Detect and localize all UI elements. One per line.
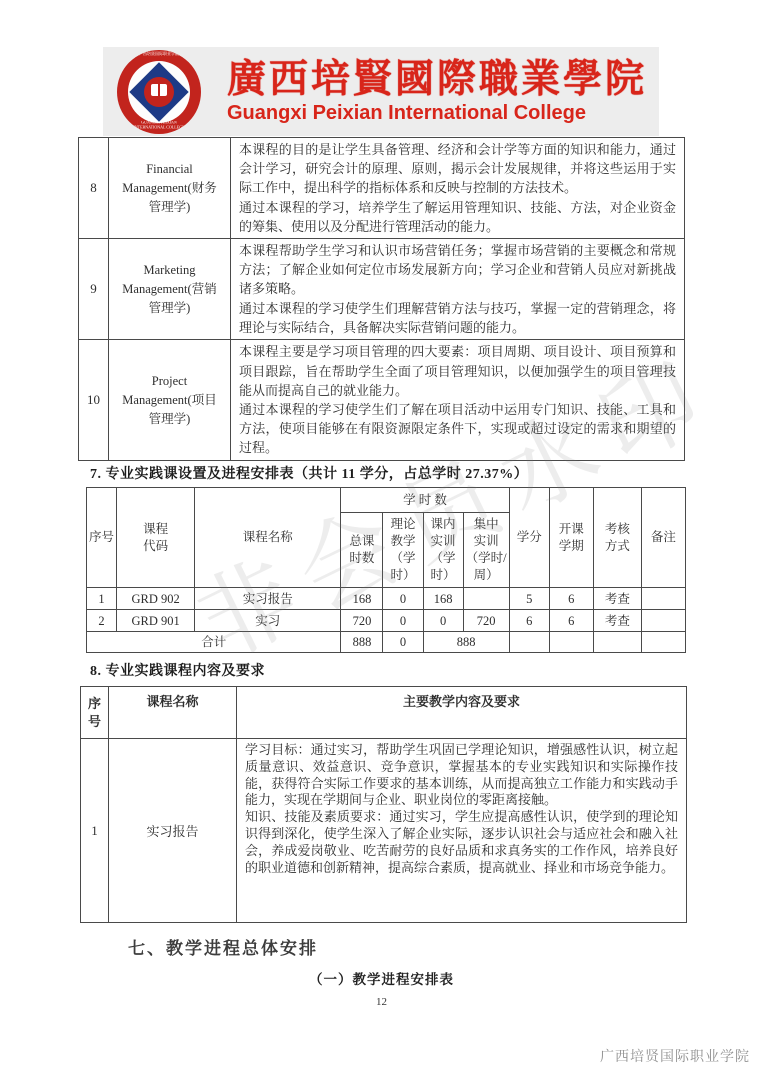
total-assessment — [593, 632, 641, 653]
row-total: 720 — [341, 610, 383, 632]
row-name: 实习报告 — [195, 588, 341, 610]
row-no: 2 — [87, 610, 117, 632]
course-desc-cell: 本课程主要是学习项目管理的四大要素：项目周期、项目设计、项目预算和项目跟踪，旨在… — [231, 340, 685, 461]
table-row: 1 实习报告 学习目标：通过实习，帮助学生巩固已学理论知识，增强感性认识，树立起… — [81, 739, 687, 923]
row-theory: 0 — [383, 588, 423, 610]
row-code: GRD 902 — [117, 588, 195, 610]
header-course-name: 课程名称 — [195, 488, 341, 588]
total-remark — [641, 632, 685, 653]
course-desc-paragraph: 本课程主要是学习项目管理的四大要素：项目周期、项目设计、项目预算和项目跟踪，旨在… — [239, 342, 676, 400]
practice-content-table: 序 号 课程名称 主要教学内容及要求 1 实习报告 学习目标：通过实习，帮助学生… — [80, 686, 687, 923]
table-total-row: 合计 888 0 888 — [87, 632, 686, 653]
row-theory: 0 — [383, 610, 423, 632]
table-header-row: 序号 课程 代码 课程名称 学 时 数 学分 开课 学期 考核 方式 备注 — [87, 488, 686, 513]
table-row: 8 Financial Management(财务 管理学) 本课程的目的是让学… — [79, 138, 685, 239]
row-assessment: 考查 — [593, 588, 641, 610]
course-name-cell: Project Management(项目 管理学) — [109, 340, 231, 461]
course-desc-paragraph: 通过本课程的学习，培养学生了解运用管理知识、技能、方法，对企业资金的筹集、使用以… — [239, 198, 676, 236]
row-semester: 6 — [549, 610, 593, 632]
row-semester: 6 — [549, 588, 593, 610]
footer-school-name: 广西培贤国际职业学院 — [600, 1046, 750, 1066]
row-credits: 5 — [509, 588, 549, 610]
course-description-table: 8 Financial Management(财务 管理学) 本课程的目的是让学… — [78, 137, 685, 461]
college-titles: 廣西培賢國際職業學院 Guangxi Peixian International… — [227, 58, 647, 125]
section8-heading: 8. 专业实践课程内容及要求 — [90, 660, 265, 680]
college-name-zh: 廣西培賢國際職業學院 — [227, 58, 647, 102]
course-desc-cell: 本课程帮助学生学习和认识市场营销任务；掌握市场营销的主要概念和常规方法；了解企业… — [231, 239, 685, 340]
total-theory: 0 — [383, 632, 423, 653]
header-content: 主要教学内容及要求 — [237, 687, 687, 739]
header-theory-hours: 理论 教学 （学 时） — [383, 513, 423, 588]
header-xuhao: 序 号 — [81, 687, 109, 739]
table-header-row: 序 号 课程名称 主要教学内容及要求 — [81, 687, 687, 739]
logo-arc-text-top: 广西培贤国际职业学院 — [125, 52, 192, 57]
page-number: 12 — [0, 996, 763, 1008]
content-paragraph: 知识、技能及素质要求：通过实习，学生应提高感性认识，使学到的理论知识得到深化，使… — [245, 809, 678, 876]
table-row: 10 Project Management(项目 管理学) 本课程主要是学习项目… — [79, 340, 685, 461]
course-number-cell: 8 — [79, 138, 109, 239]
chapter-heading: 七、教学进程总体安排 — [128, 934, 318, 959]
course-number-cell: 10 — [79, 340, 109, 461]
course-desc-cell: 本课程的目的是让学生具备管理、经济和会计学等方面的知识和能力，通过会计学习，研究… — [231, 138, 685, 239]
row-inclass: 0 — [423, 610, 463, 632]
header-course-code: 课程 代码 — [117, 488, 195, 588]
row-code: GRD 901 — [117, 610, 195, 632]
row-credits: 6 — [509, 610, 549, 632]
row-name: 实习 — [195, 610, 341, 632]
row-remark — [641, 610, 685, 632]
header-semester: 开课 学期 — [549, 488, 593, 588]
header-course-name: 课程名称 — [109, 687, 237, 739]
header-inclass-hours: 课内 实训 （学 时） — [423, 513, 463, 588]
header-credits: 学分 — [509, 488, 549, 588]
header-xuhao: 序号 — [87, 488, 117, 588]
row-no: 1 — [87, 588, 117, 610]
row-inclass: 168 — [423, 588, 463, 610]
total-hours: 888 — [341, 632, 383, 653]
table-row: 9 Marketing Management(营销 管理学) 本课程帮助学生学习… — [79, 239, 685, 340]
course-desc-paragraph: 本课程的目的是让学生具备管理、经济和会计学等方面的知识和能力，通过会计学习，研究… — [239, 140, 676, 198]
course-desc-paragraph: 通过本课程的学习使学生们理解营销方法与技巧，掌握一定的营销理念，将理论与实际结合… — [239, 299, 676, 337]
college-header: 广西培贤国际职业学院 GUANGXI PEIXIAN INTERNATIONAL… — [103, 47, 659, 136]
course-desc-paragraph: 本课程帮助学生学习和认识市场营销任务；掌握市场营销的主要概念和常规方法；了解企业… — [239, 241, 676, 299]
course-number-cell: 9 — [79, 239, 109, 340]
row-no: 1 — [81, 739, 109, 923]
college-logo-emblem: 广西培贤国际职业学院 GUANGXI PEIXIAN INTERNATIONAL… — [117, 50, 201, 134]
header-hours-group: 学 时 数 — [341, 488, 509, 513]
row-assessment: 考查 — [593, 610, 641, 632]
header-concentrated-hours: 集中 实训 （学时/ 周） — [463, 513, 509, 588]
header-total-hours: 总课 时数 — [341, 513, 383, 588]
table-row: 1 GRD 902 实习报告 168 0 168 5 6 考查 — [87, 588, 686, 610]
total-credits — [509, 632, 549, 653]
course-desc-paragraph: 通过本课程的学习使学生们了解在项目活动中运用专门知识、技能、工具和方法，使项目能… — [239, 400, 676, 458]
row-content-cell: 学习目标：通过实习，帮助学生巩固已学理论知识，增强感性认识，树立起质量意识、效益… — [237, 739, 687, 923]
document-page: 非会员水印 广西培贤国际职业学院 GUANGXI PEIXIAN INTERNA… — [0, 0, 763, 1080]
row-concentrated — [463, 588, 509, 610]
row-concentrated: 720 — [463, 610, 509, 632]
open-book-icon — [151, 84, 167, 96]
chapter-subheading: （一）教学进程安排表 — [0, 968, 763, 988]
total-practice: 888 — [423, 632, 509, 653]
row-course-name: 实习报告 — [109, 739, 237, 923]
total-semester — [549, 632, 593, 653]
college-name-en: Guangxi Peixian International College — [227, 102, 647, 125]
practice-schedule-table: 序号 课程 代码 课程名称 学 时 数 学分 开课 学期 考核 方式 备注 总课… — [86, 487, 686, 653]
row-total: 168 — [341, 588, 383, 610]
content-paragraph: 学习目标：通过实习，帮助学生巩固已学理论知识，增强感性认识，树立起质量意识、效益… — [245, 742, 678, 809]
header-assessment: 考核 方式 — [593, 488, 641, 588]
course-name-cell: Marketing Management(营销 管理学) — [109, 239, 231, 340]
row-remark — [641, 588, 685, 610]
header-remark: 备注 — [641, 488, 685, 588]
section7-heading: 7. 专业实践课设置及进程安排表（共计 11 学分，占总学时 27.37%） — [90, 463, 528, 483]
course-name-cell: Financial Management(财务 管理学) — [109, 138, 231, 239]
table-row: 2 GRD 901 实习 720 0 0 720 6 6 考查 — [87, 610, 686, 632]
total-label: 合计 — [87, 632, 341, 653]
